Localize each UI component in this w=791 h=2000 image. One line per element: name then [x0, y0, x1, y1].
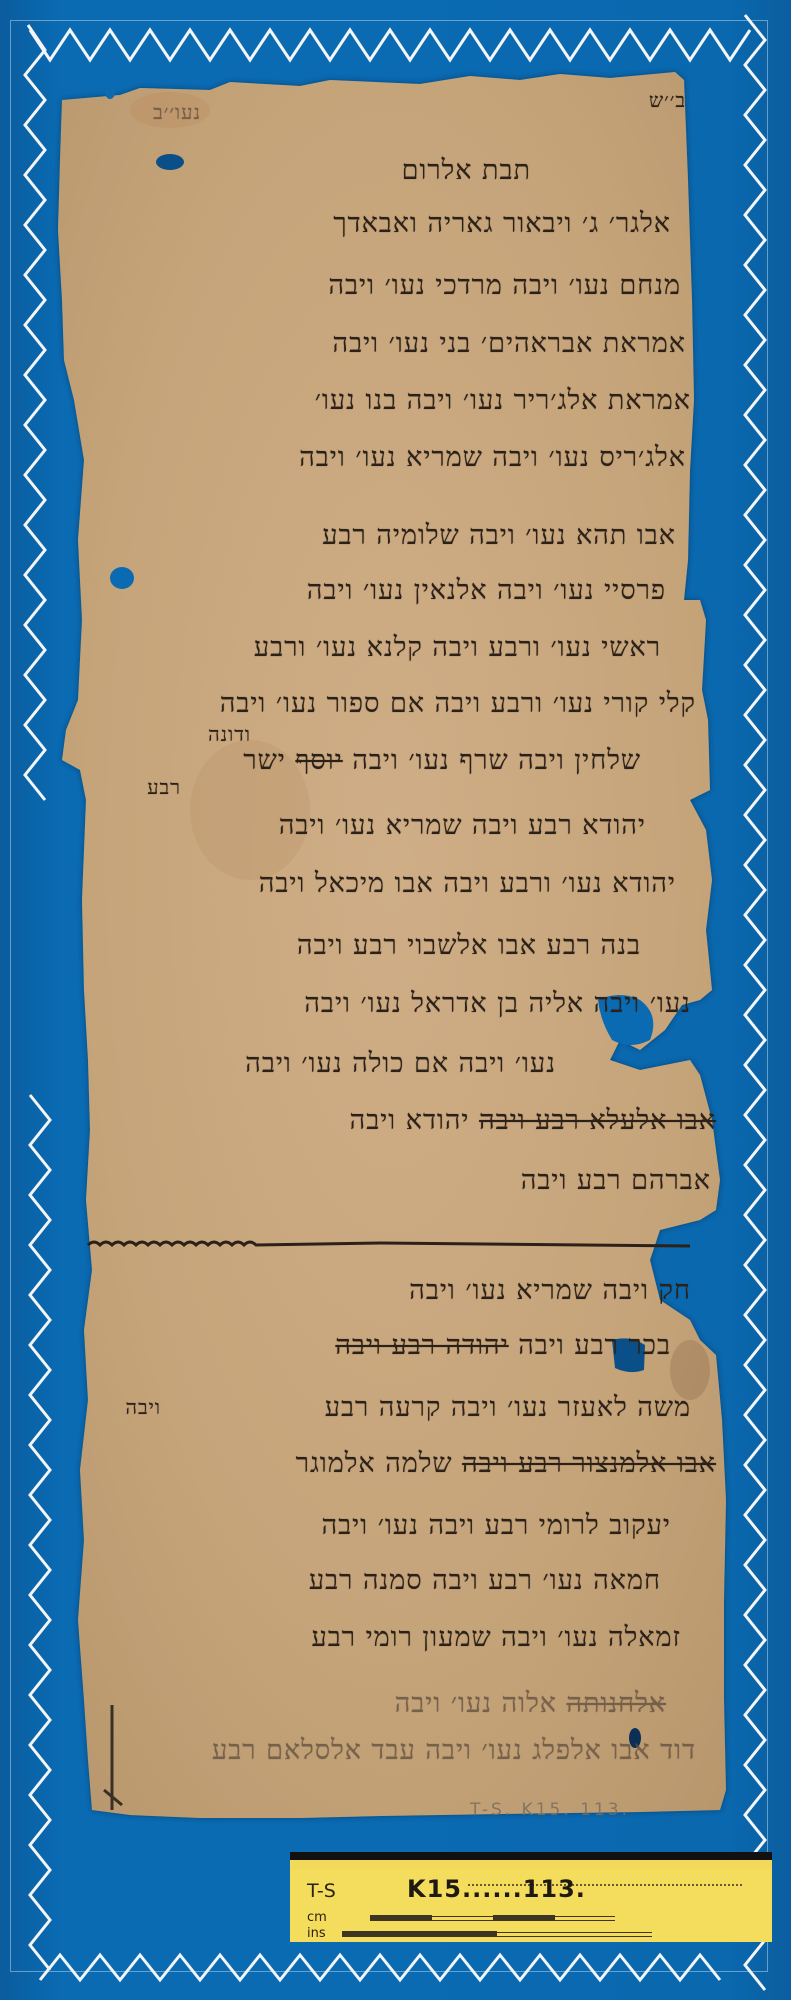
- ins-scale-bar: [342, 1931, 652, 1937]
- struck-text: אבו אלמנצור רבע ויבה: [462, 1448, 716, 1479]
- line-text: שלמה אלמוגר: [296, 1448, 453, 1479]
- margin-note: רבע: [147, 775, 181, 800]
- manuscript-line: אלגר׳ ג׳ ויבאור גאריה ואבאדך: [333, 208, 671, 239]
- manuscript-text: ב׳׳ש נעו׳׳ב תבת אלרום אלגר׳ ג׳ ויבאור גא…: [0, 0, 791, 2000]
- manuscript-line: נעו׳ ויבה אם כולה נעו׳ ויבה: [245, 1048, 556, 1079]
- manuscript-line: חק ויבה שמריא נעו׳ ויבה: [409, 1275, 691, 1306]
- manuscript-line: מנחם נעו׳ ויבה מרדכי נעו׳ ויבה: [328, 270, 681, 301]
- interlinear-note: ודונה: [208, 722, 251, 747]
- manuscript-line: נעו׳ ויבה אליה בן אדראל נעו׳ ויבה: [304, 988, 691, 1019]
- top-mark: ב׳׳ש: [649, 88, 686, 113]
- cm-scale-bar: [370, 1915, 615, 1921]
- manuscript-line: חמאה נעו׳ רבע ויבה סמנה רבע: [309, 1565, 661, 1596]
- manuscript-line: יעקוב לרומי רבע ויבה נעו׳ ויבה: [322, 1510, 671, 1541]
- scale-cm-label: cm: [307, 1910, 327, 1925]
- struck-text: יוסף: [295, 745, 342, 776]
- label-shelfmark: K15......113.: [407, 1875, 586, 1903]
- manuscript-line: אלג׳ריס נעו׳ ויבה שמריא נעו׳ ויבה: [299, 442, 686, 473]
- margin-note: ויבה: [125, 1395, 161, 1420]
- manuscript-line: תבת אלרום: [402, 155, 531, 186]
- manuscript-line: אלחנותה אלוה נעו׳ ויבה: [395, 1688, 666, 1719]
- label-body: T-S K15......113. cm ins: [290, 1870, 772, 1942]
- manuscript-line: שלחין ויבה שרף נעו׳ ויבה יוסף ישר: [243, 745, 641, 776]
- line-text: אלוה נעו׳ ויבה: [395, 1688, 557, 1719]
- line-text: ישר: [243, 745, 285, 776]
- struck-text: יהודה רבע ויבה: [335, 1330, 508, 1361]
- label-prefix: T-S: [307, 1880, 336, 1902]
- struck-text: אלחנותה: [567, 1688, 667, 1719]
- manuscript-line: דוד אבו אלפלג נעו׳ ויבה עבד אלסלאם רבע: [212, 1735, 696, 1766]
- manuscript-line: אברהם רבע ויבה: [521, 1165, 711, 1196]
- manuscript-line: אבו אלעלא רבע ויבה יהודא ויבה: [350, 1105, 716, 1136]
- manuscript-line: אבו תהא נעו׳ ויבה שלומיה רבע: [322, 520, 676, 551]
- manuscript-line: אמראת אלג׳ריר נעו׳ ויבה בנו נעו׳: [315, 385, 691, 416]
- margin-note: נעו׳׳ב: [153, 100, 201, 125]
- struck-text: אבו אלעלא רבע ויבה: [479, 1105, 716, 1136]
- manuscript-line: בנה רבע אבו אלשבוי רבע ויבה: [297, 930, 641, 961]
- manuscript-line: זמאלה נעו׳ ויבה שמעון רומי רבע: [311, 1622, 681, 1653]
- manuscript-line: קלי קורי נעו׳ ורבע ויבה אם ספור נעו׳ ויב…: [220, 688, 696, 719]
- manuscript-line: אבו אלמנצור רבע ויבה שלמה אלמוגר: [296, 1448, 716, 1479]
- manuscript-line: פרסיי נעו׳ ויבה אלנאין נעו׳ ויבה: [307, 575, 666, 606]
- manuscript-line: בכר רבע ויבה יהודה רבע ויבה: [335, 1330, 671, 1361]
- shelfmark-label: T-S K15......113. cm ins: [290, 1860, 772, 1942]
- line-text: שלחין ויבה שרף נעו׳ ויבה: [352, 745, 641, 776]
- manuscript-line: ראשי נעו׳ ורבע ויבה קלנא נעו׳ ורבע: [254, 632, 661, 663]
- manuscript-line: יהודא רבע ויבה שמריא נעו׳ ויבה: [279, 810, 646, 841]
- manuscript-line: משה לאעזר נעו׳ ויבה קרעה רבע: [325, 1392, 691, 1423]
- manuscript-line: יהודא נעו׳ ורבע ויבה אבו מיכאל ויבה: [259, 868, 676, 899]
- line-text: בכר רבע ויבה: [518, 1330, 671, 1361]
- pencil-shelfmark: T-S. K15. 113.: [470, 1800, 630, 1820]
- scale-ins-label: ins: [307, 1926, 326, 1941]
- line-text: יהודא ויבה: [350, 1105, 470, 1136]
- manuscript-line: אמראת אבראהים׳ בני נעו׳ ויבה: [333, 328, 686, 359]
